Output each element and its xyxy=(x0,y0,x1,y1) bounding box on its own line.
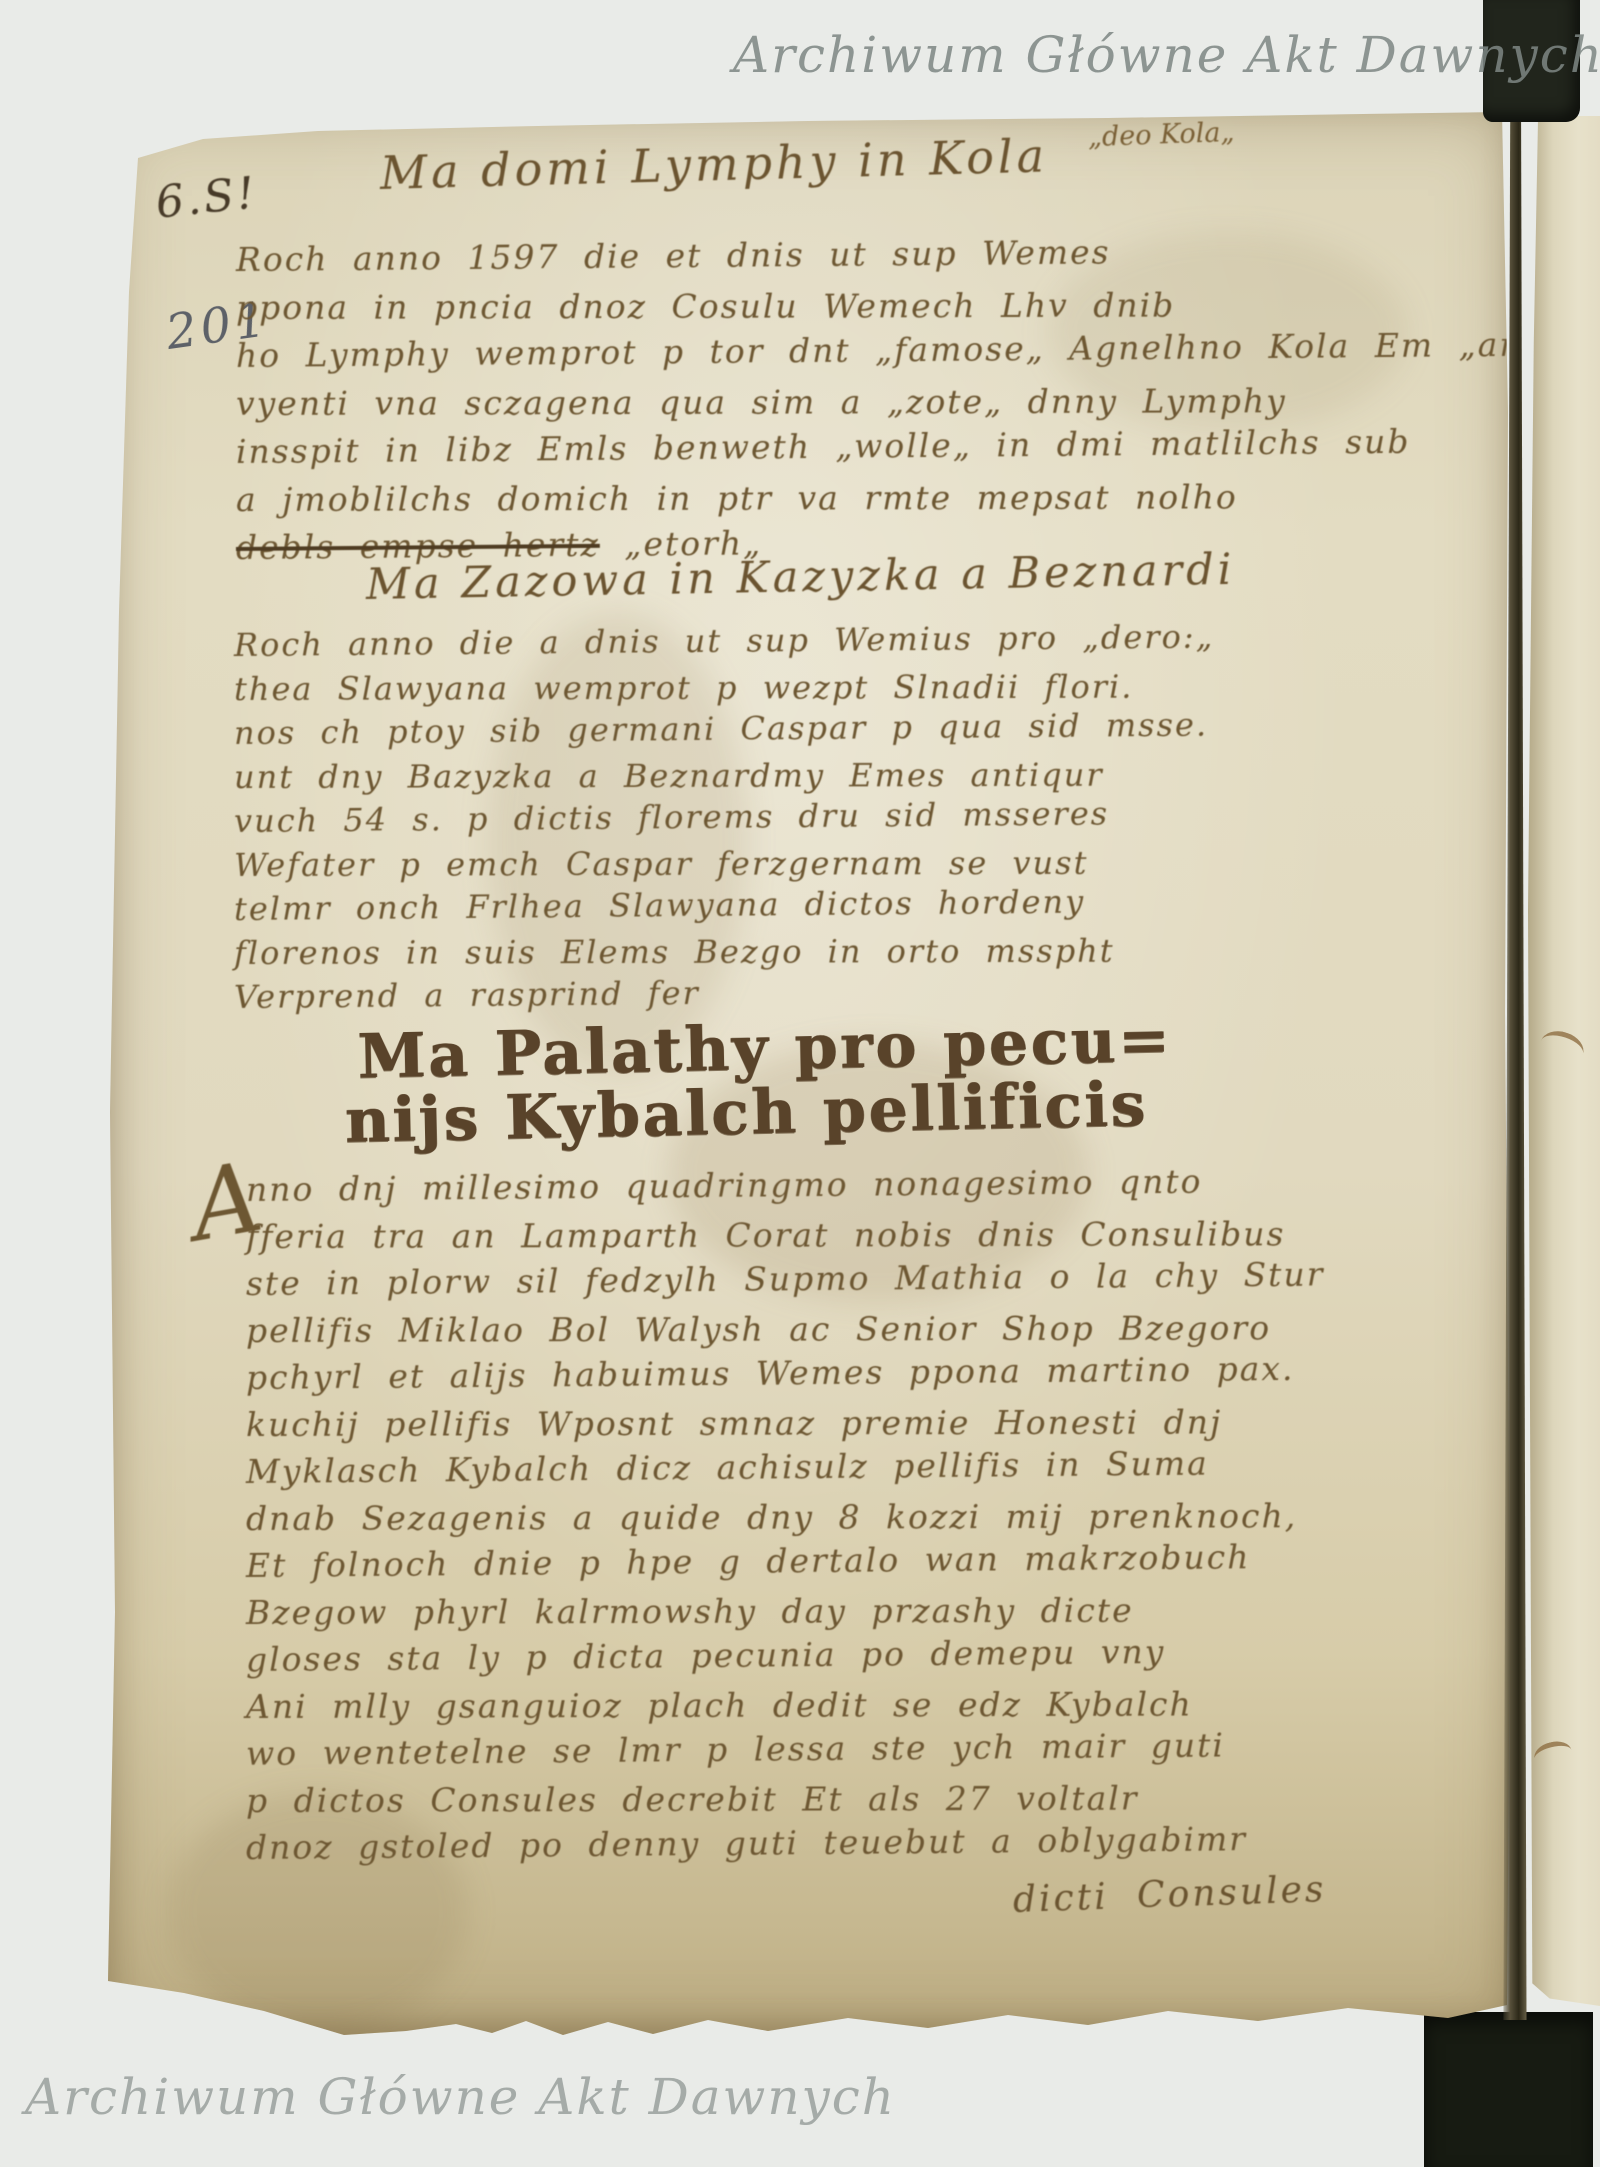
manuscript-page: 6.S! 201 „deo Kola„ Ma domi Lymphy in Ko… xyxy=(108,112,1512,2038)
archive-watermark-top: Archiwum Główne Akt Dawnych xyxy=(733,26,1600,84)
manuscript-line: telmr onch Frlhea Slawyana dictos horden… xyxy=(234,881,1215,934)
section1-heading: Ma domi Lymphy in Kola xyxy=(379,129,1048,200)
section2-text: Roch anno die a dnis ut sup Wemius pro „… xyxy=(234,626,1214,1022)
manuscript-line: Myklasch Kybalch dicz achisulz pellifis … xyxy=(246,1443,1325,1499)
manuscript-line: wo wentetelne se lmr p lessa ste ych mai… xyxy=(246,1725,1325,1781)
section3-heading-line2: nijs Kybalch pellificis xyxy=(344,1072,1174,1153)
corner-note: „deo Kola„ xyxy=(1087,117,1235,153)
section3-text: nno dnj millesimo quadringmo nonagesimo … xyxy=(246,1170,1324,1875)
section3-heading: Ma Palathy pro pecu= nijs Kybalch pellif… xyxy=(357,1008,1174,1153)
manuscript-line: gloses sta ly p dicta pecunia po demepu … xyxy=(246,1631,1325,1687)
archive-watermark-bottom: Archiwum Główne Akt Dawnych xyxy=(25,2068,896,2126)
manuscript-line: ste in plorw sil fedzylh Supmo Mathia o … xyxy=(246,1255,1325,1311)
manuscript-line: nos ch ptoy sib germani Caspar p qua sid… xyxy=(234,705,1215,758)
archive-scan: { "archive": { "watermark_text": "Archiw… xyxy=(0,0,1600,2167)
manuscript-line: Et folnoch dnie p hpe g dertalo wan makr… xyxy=(246,1537,1325,1593)
shelf-mark: 6.S! xyxy=(153,167,260,228)
manuscript-line: Roch anno 1597 die et dnis ut sup Wemes xyxy=(236,227,1600,288)
manuscript-line: nno dnj millesimo quadringmo nonagesimo … xyxy=(246,1161,1325,1217)
signoff-line: dicti Consules xyxy=(1012,1869,1327,1921)
manuscript-line: pchyrl et alijs habuimus Wemes ppona mar… xyxy=(246,1349,1325,1405)
manuscript-line: vuch 54 s. p dictis florems dru sid msse… xyxy=(234,793,1215,846)
binding-strip-bottom xyxy=(1424,2012,1593,2167)
manuscript-line: dnoz gstoled po denny guti teuebut a obl… xyxy=(246,1819,1325,1875)
section1-text: Roch anno 1597 die et dnis ut sup Wemes … xyxy=(236,240,1600,576)
manuscript-line: Roch anno die a dnis ut sup Wemius pro „… xyxy=(234,617,1215,670)
